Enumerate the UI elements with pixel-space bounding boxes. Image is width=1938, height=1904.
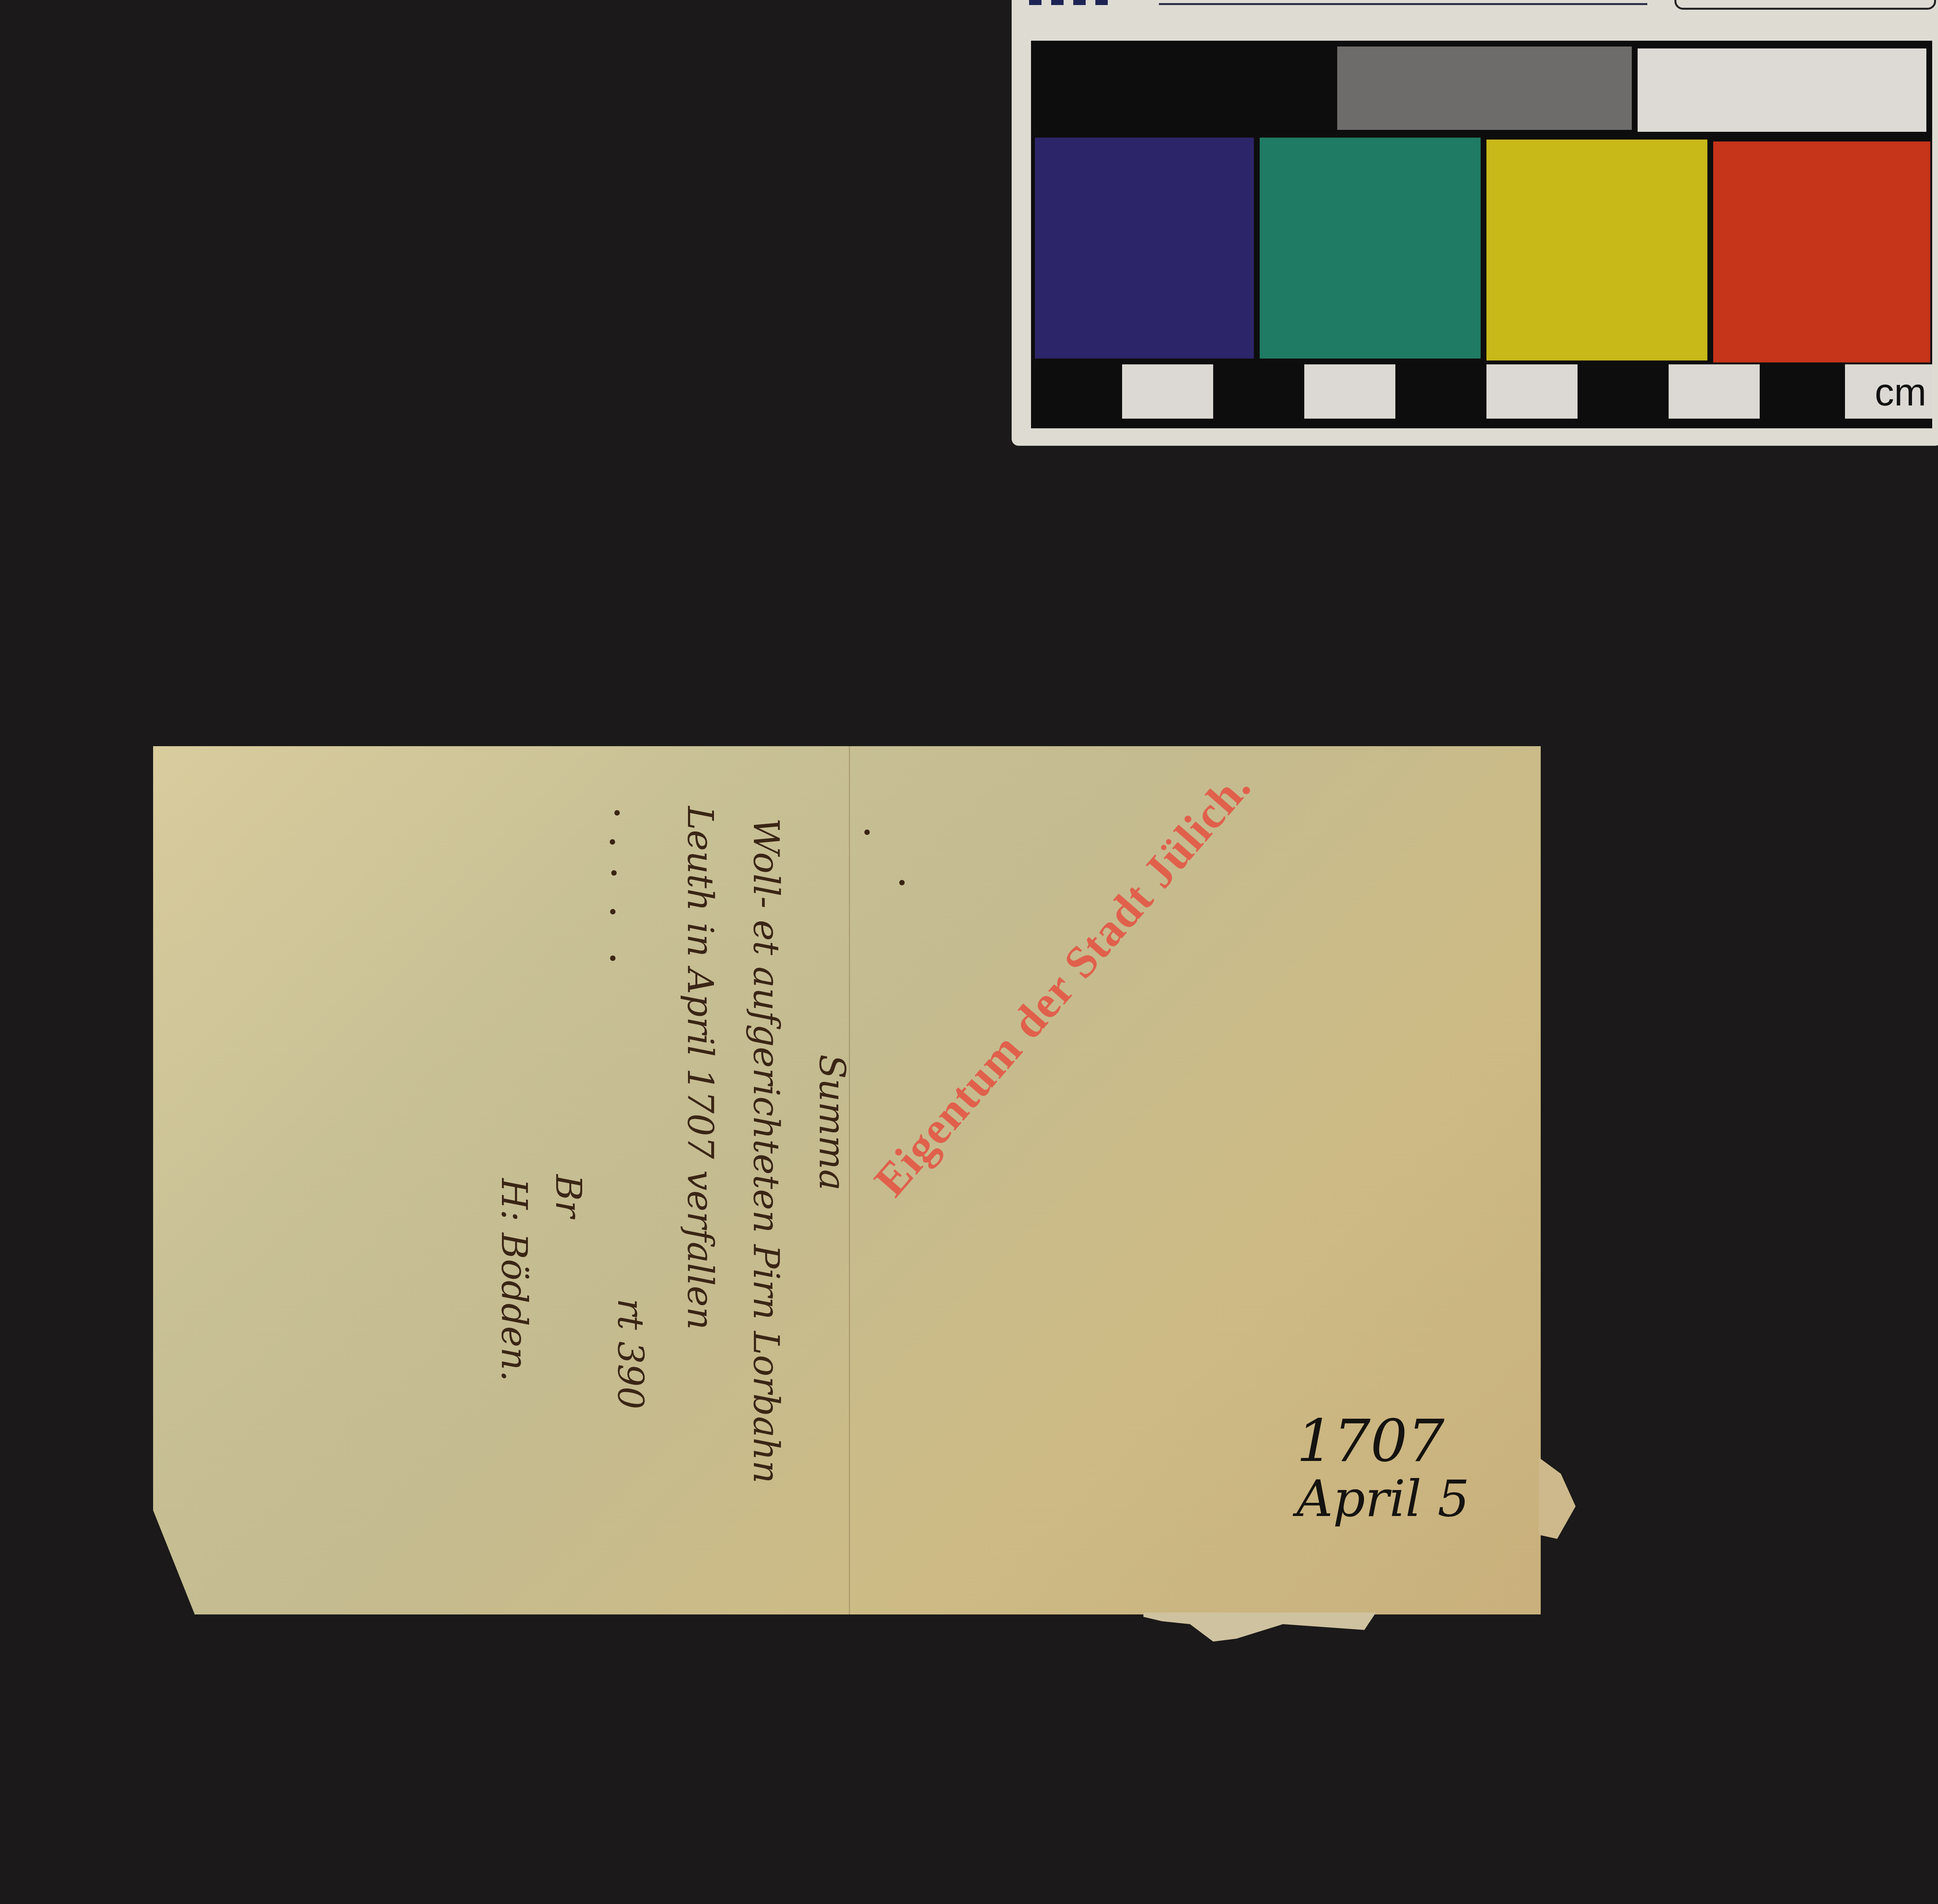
card-label-box [1674, 0, 1936, 10]
color-calibration-card: cm [1012, 0, 1938, 446]
swatch-blue [1035, 138, 1254, 359]
card-rule-line [1159, 3, 1647, 5]
ink-dot [614, 810, 620, 816]
handwriting-line-1: Summa [811, 1054, 853, 1191]
swatch-gray [1337, 47, 1632, 130]
handwriting-line-6: H: Bödden. [493, 1178, 535, 1381]
swatch-green [1260, 138, 1481, 359]
date-day: April 5 [1297, 1472, 1469, 1525]
torn-flap [1539, 1457, 1576, 1539]
date-year: 1707 [1297, 1411, 1469, 1472]
swatch-red [1713, 141, 1930, 362]
ink-dot [610, 955, 616, 961]
scale-block [1486, 364, 1578, 419]
unit-label: cm [1875, 370, 1926, 415]
handwriting-line-2: Woll- et aufgerichteten Pirn Lorbahn [745, 818, 787, 1483]
ink-dot [610, 909, 616, 914]
scale-block [1669, 364, 1760, 419]
scale-block [1122, 364, 1213, 419]
color-chart: cm [1031, 41, 1932, 428]
torn-edge [1143, 1613, 1376, 1642]
handwriting-line-4: rt 390 [610, 1299, 651, 1409]
ink-dot [899, 880, 905, 885]
card-logo [1029, 0, 1108, 5]
handwriting-line-3: Leuth in April 1707 verfallen [679, 806, 721, 1330]
ink-dot [611, 870, 617, 876]
ink-dot [610, 839, 615, 845]
archive-date: 1707 April 5 [1297, 1411, 1469, 1525]
scale-block [1304, 364, 1395, 419]
swatch-black [1031, 41, 1337, 130]
handwriting-line-5: Br [548, 1174, 589, 1218]
swatch-white [1638, 48, 1926, 132]
swatch-yellow [1486, 140, 1707, 360]
ink-dot [864, 830, 870, 835]
